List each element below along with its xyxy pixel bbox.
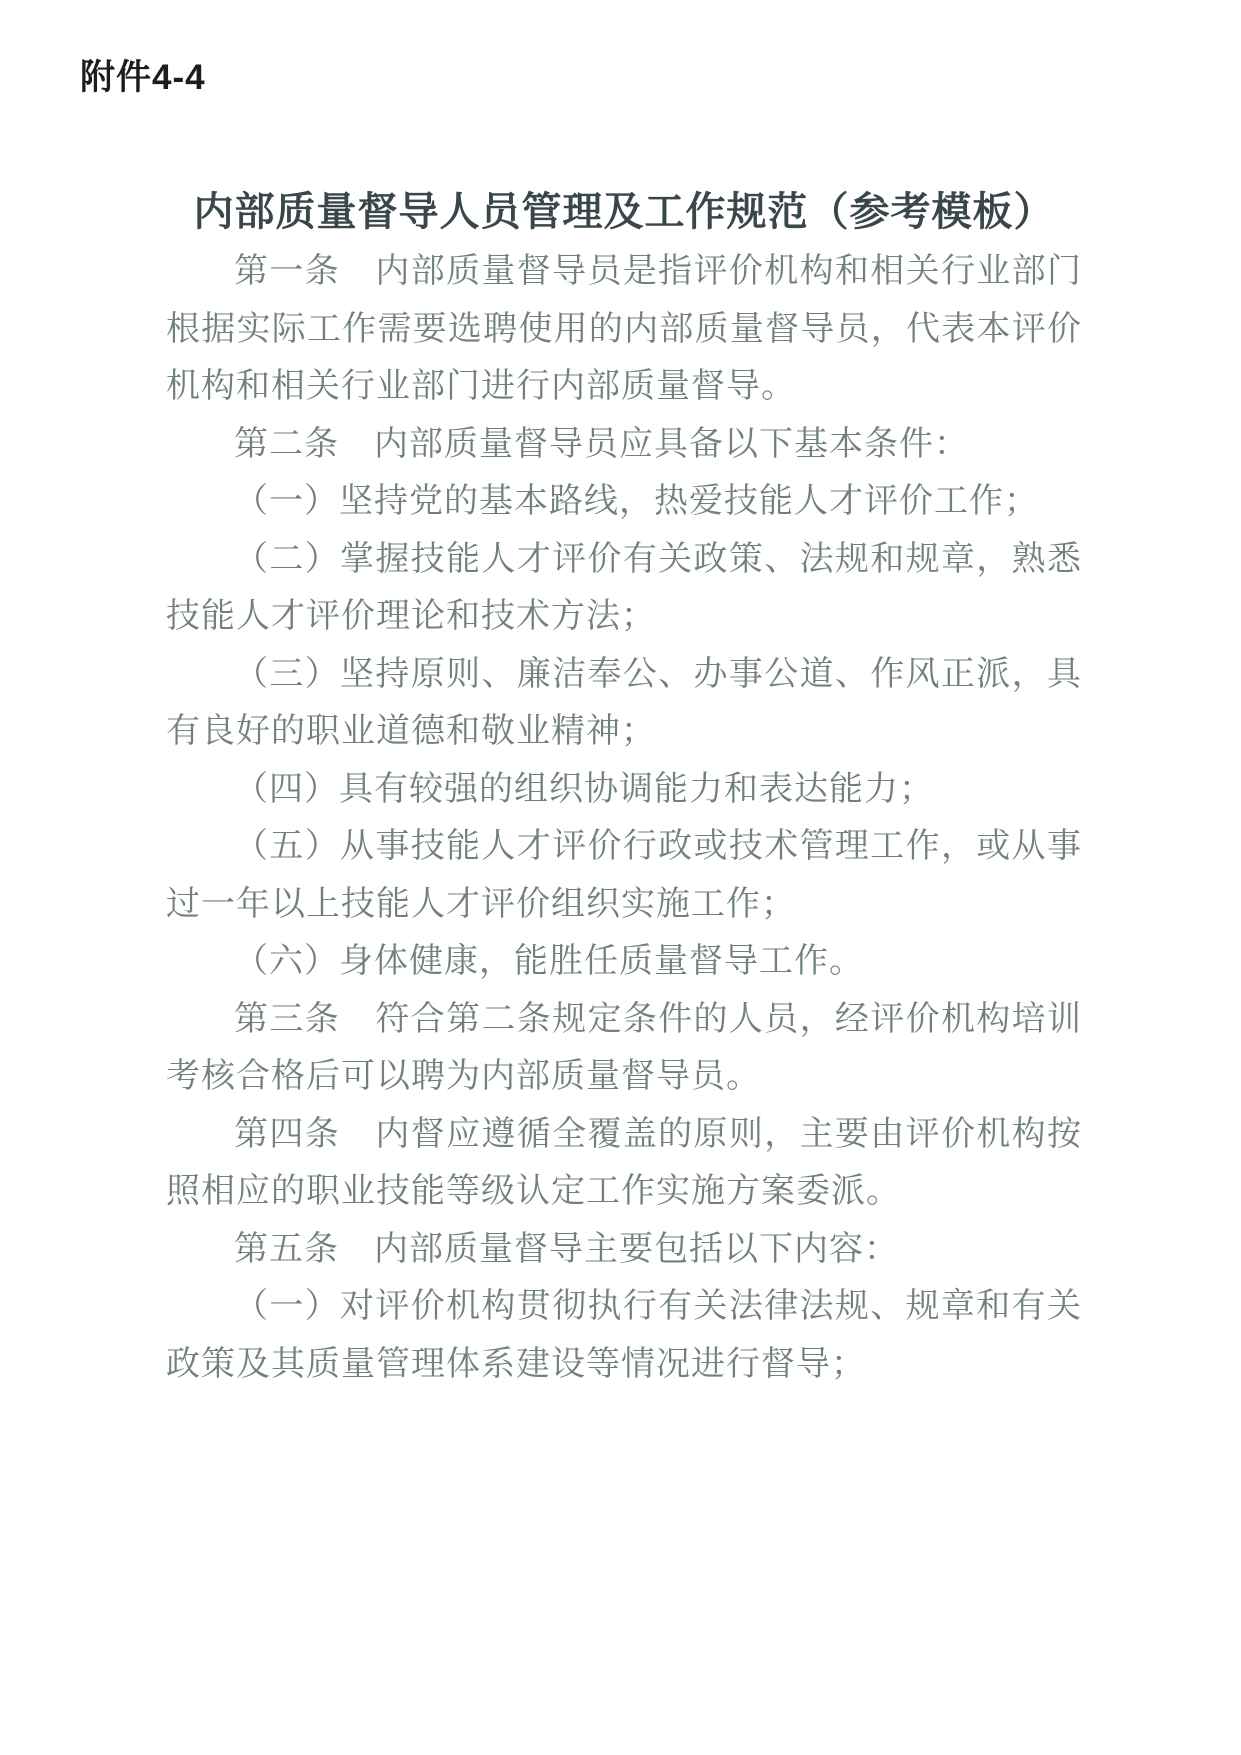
paragraph-article-2-item-2: （二）掌握技能人才评价有关政策、法规和规章，熟悉技能人才评价理论和技术方法； <box>166 531 1082 646</box>
paragraph-article-2-item-4: （四）具有较强的组织协调能力和表达能力； <box>166 761 1082 819</box>
document-title: 内部质量督导人员管理及工作规范（参考模板） <box>166 180 1082 237</box>
paragraph-article-2-item-5: （五）从事技能人才评价行政或技术管理工作，或从事过一年以上技能人才评价组织实施工… <box>166 818 1082 933</box>
attachment-label: 附件4-4 <box>80 50 206 100</box>
paragraph-article-2-item-3: （三）坚持原则、廉洁奉公、办事公道、作风正派，具有良好的职业道德和敬业精神； <box>166 646 1082 761</box>
paragraph-article-5: 第五条 内部质量督导主要包括以下内容： <box>166 1221 1082 1279</box>
paragraph-article-2: 第二条 内部质量督导员应具备以下基本条件： <box>166 416 1082 474</box>
paragraph-article-4: 第四条 内督应遵循全覆盖的原则，主要由评价机构按照相应的职业技能等级认定工作实施… <box>166 1106 1082 1221</box>
paragraph-article-2-item-6: （六）身体健康，能胜任质量督导工作。 <box>166 933 1082 991</box>
document-body: 第一条 内部质量督导员是指评价机构和相关行业部门根据实际工作需要选聘使用的内部质… <box>166 243 1082 1393</box>
paragraph-article-5-item-1: （一）对评价机构贯彻执行有关法律法规、规章和有关政策及其质量管理体系建设等情况进… <box>166 1278 1082 1393</box>
document-page: 附件4-4 内部质量督导人员管理及工作规范（参考模板） 第一条 内部质量督导员是… <box>0 0 1241 1755</box>
paragraph-article-3: 第三条 符合第二条规定条件的人员，经评价机构培训考核合格后可以聘为内部质量督导员… <box>166 991 1082 1106</box>
paragraph-article-2-item-1: （一）坚持党的基本路线，热爱技能人才评价工作； <box>166 473 1082 531</box>
paragraph-article-1: 第一条 内部质量督导员是指评价机构和相关行业部门根据实际工作需要选聘使用的内部质… <box>166 243 1082 416</box>
